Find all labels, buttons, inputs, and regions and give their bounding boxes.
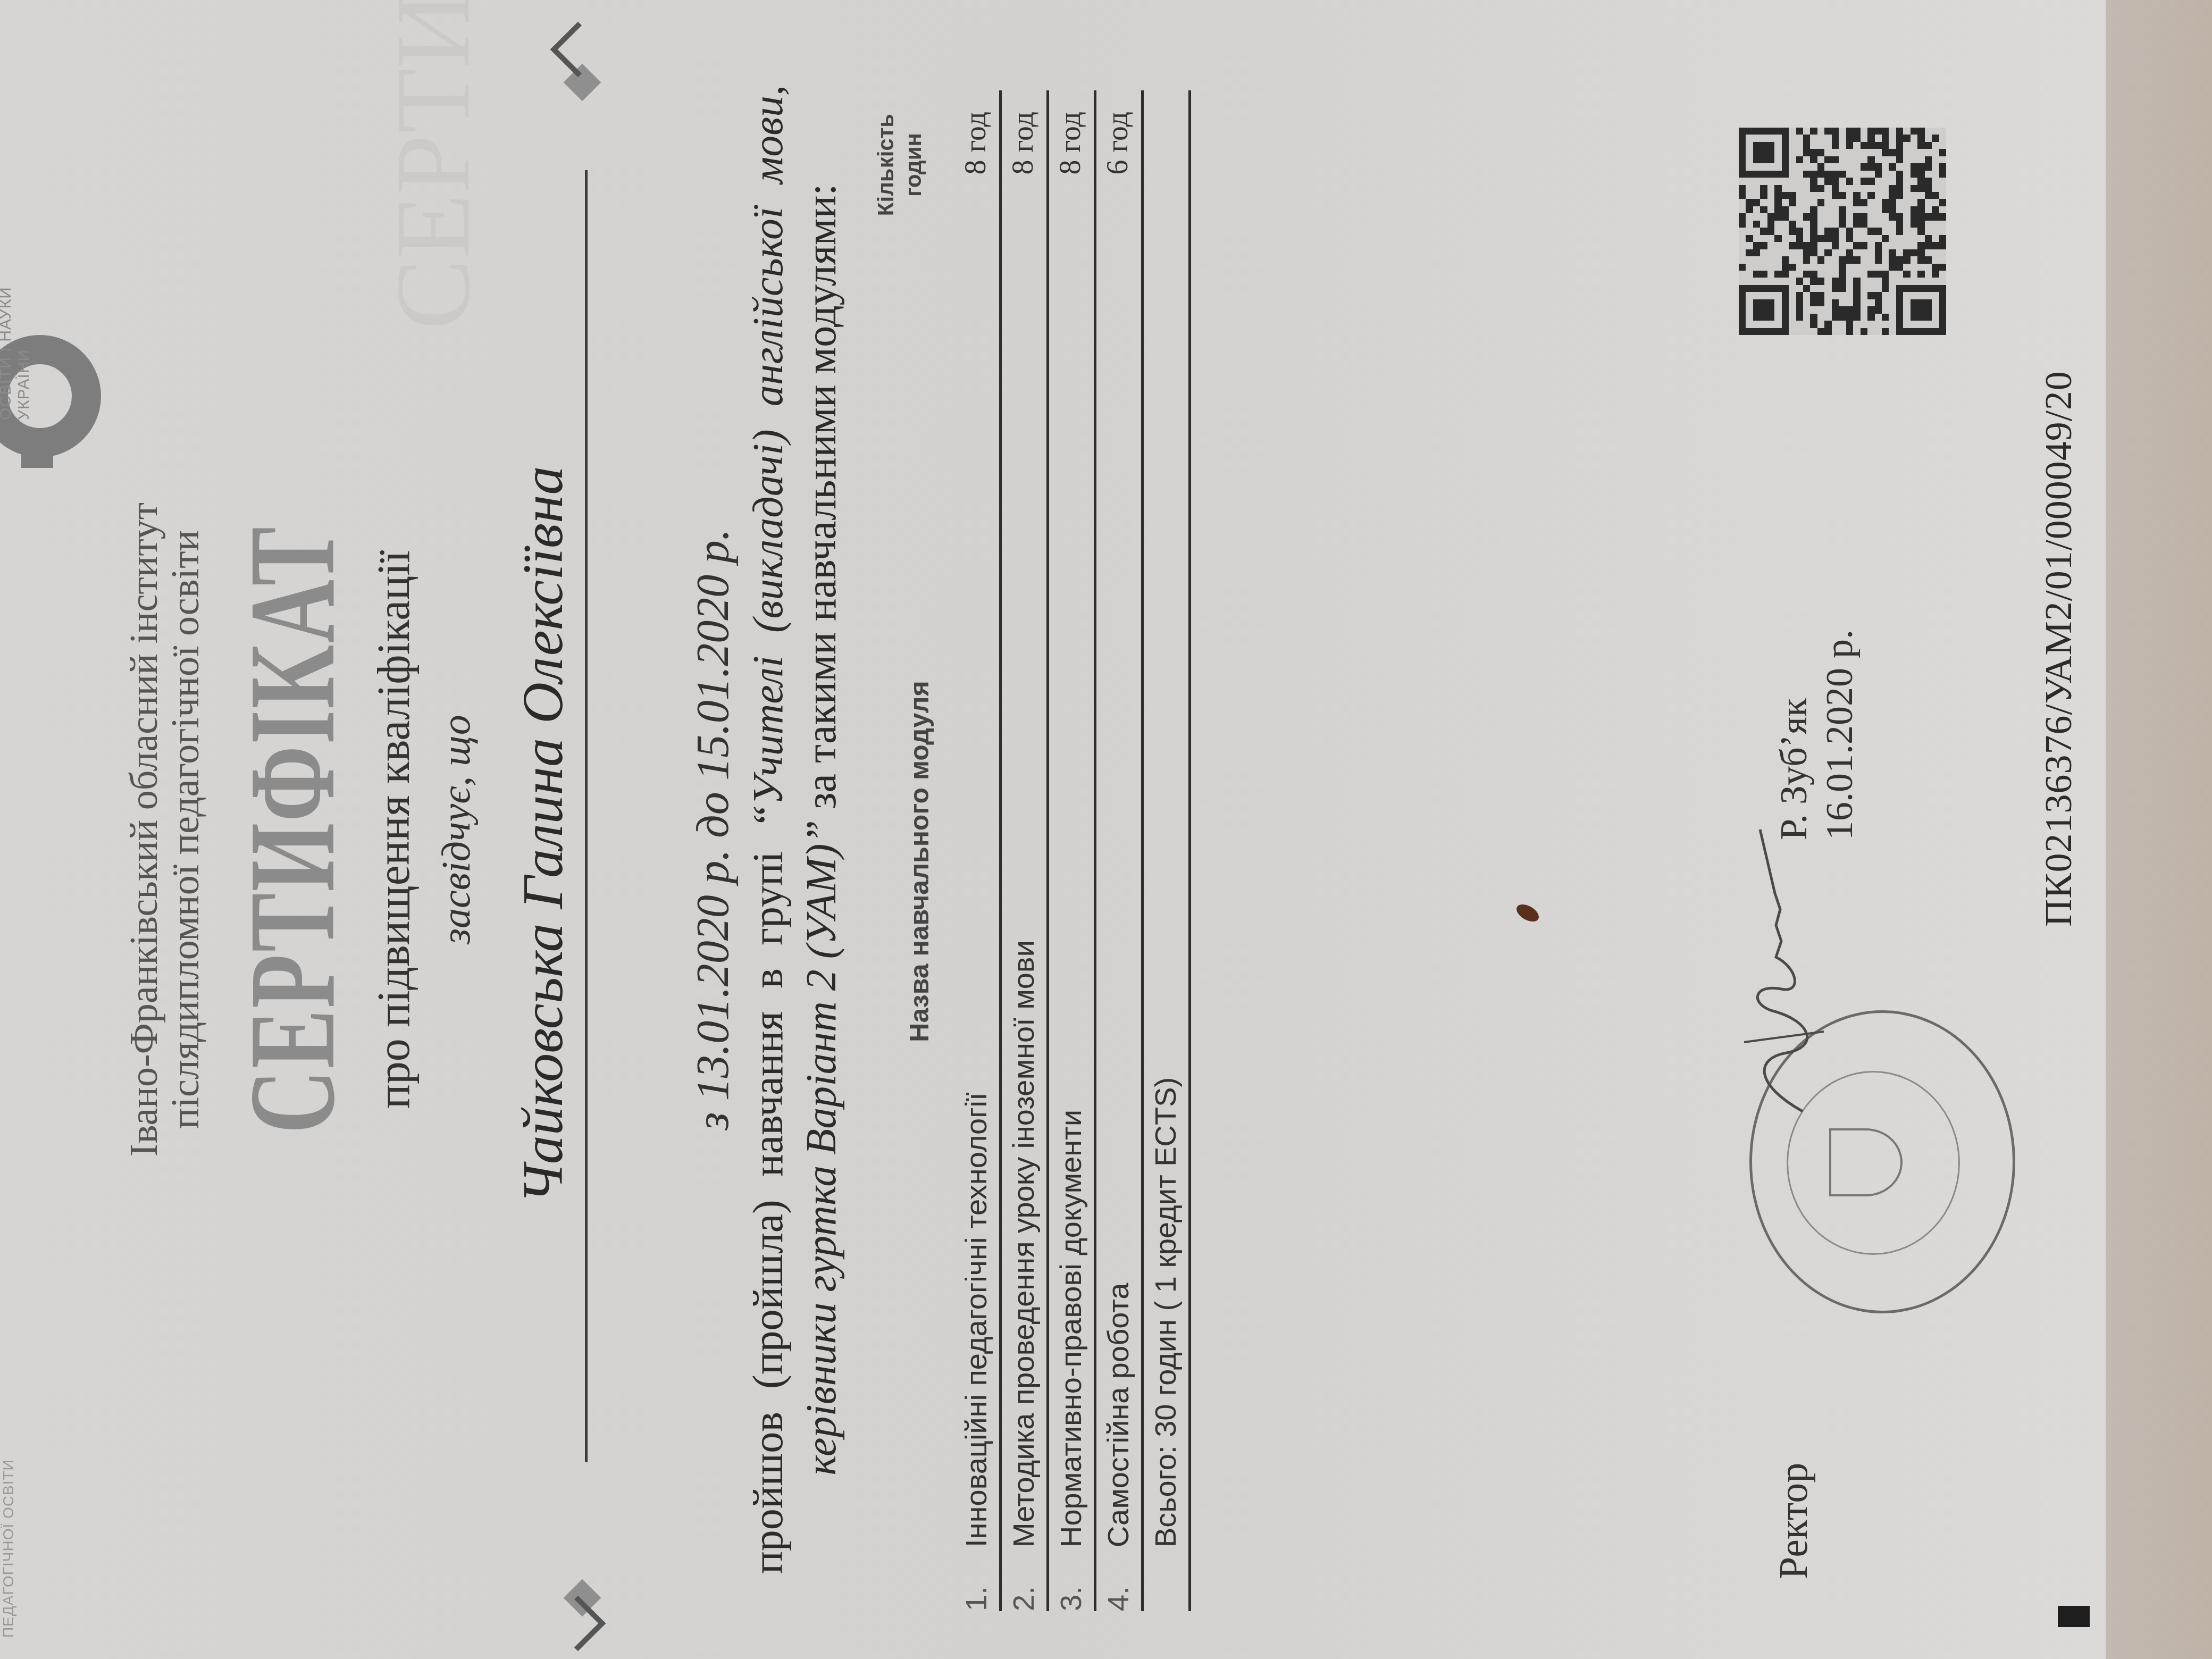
- ghost-watermark: СЕРТИФІКАТ: [372, 0, 494, 330]
- modules-table: 1. Інноваційні педагогічні технології 8 …: [954, 90, 1191, 1611]
- table-row: 3. Нормативно-правові документи 8 год: [1049, 90, 1096, 1611]
- training-dates: з 13.01.2020 р. до 15.01.2020 р.: [686, 319, 739, 1340]
- ink-stain: [1514, 901, 1542, 925]
- handwritten-signature-icon: [1723, 819, 1829, 1117]
- table-header-module-name: Назва навчального модуля: [904, 542, 935, 1180]
- table-row: 1. Інноваційні педагогічні технології 8 …: [954, 90, 1002, 1611]
- table-row: 4. Самостійна робота 6 год: [1096, 90, 1144, 1611]
- qr-code-icon: [1739, 128, 1946, 335]
- institute-name: Івано-Франківський обласний інститут піс…: [123, 319, 206, 1340]
- table-total-row: Всього: 30 годин ( 1 кредит ECTS): [1144, 90, 1191, 1611]
- chevron-ornament-icon: [550, 22, 606, 78]
- corner-label: ПЕДАГОГІЧНОЇ ОСВІТИ: [0, 1459, 17, 1638]
- rector-label: Ректор: [1771, 1463, 1817, 1579]
- logo-square-icon: [21, 441, 53, 468]
- recipient-name: Чайковська Галина Олексіївна: [510, 276, 576, 1393]
- signer-info: Р. Зуб’як 16.01.2020 р.: [1771, 630, 1862, 840]
- certificate-page: ОСВІТИ І НАУКИ УКРАЇНИ ПЕДАГОГІЧНОЇ ОСВІ…: [0, 0, 2106, 1659]
- chevron-ornament-icon: [550, 1596, 606, 1652]
- training-description: пройшов (пройшла) навчання в групі “Учит…: [742, 85, 848, 1574]
- certifies-label: засвідчує, що: [433, 319, 480, 1340]
- table-row: 2. Методика проведення уроку іноземної м…: [1002, 90, 1049, 1611]
- certificate-subtitle: про підвищення кваліфікації: [367, 319, 420, 1340]
- table-header-hours: Кількість годин: [872, 106, 927, 223]
- corner-marker: [2058, 1606, 2090, 1627]
- trident-emblem-icon: [1829, 1128, 1903, 1196]
- document-code: ПК02136376/УАМ2/01/000049/20: [2037, 170, 2081, 1127]
- ministry-label: ОСВІТИ І НАУКИ УКРАЇНИ: [0, 287, 33, 420]
- name-underline: [585, 170, 588, 1462]
- certificate-title: СЕРТИФІКАТ: [234, 462, 351, 1197]
